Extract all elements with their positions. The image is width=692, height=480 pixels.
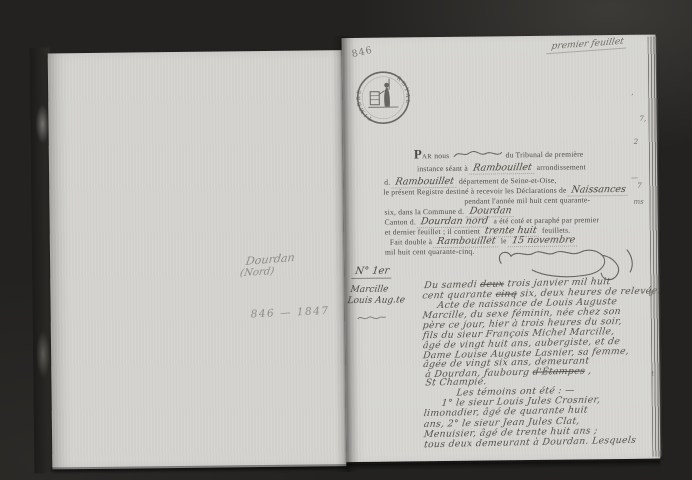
entry-text: , <box>584 365 592 376</box>
form-line: instance séant à Rambouillet arrondissem… <box>417 160 586 175</box>
entry-margin-number: N° 1er <box>351 266 392 277</box>
entry-number-text: N° 1er <box>351 266 393 279</box>
margin-flourish-icon <box>357 314 387 322</box>
edge-mark: 7, <box>639 115 646 123</box>
pencil-place-note-line2: (Nord) <box>239 266 275 279</box>
form-print-text: mil huit cent quarante-cinq. <box>385 247 475 257</box>
pencil-years-note: 846 — 1847 <box>250 305 329 321</box>
right-page: 846 premier feuillet TIMBRE ROYAL <box>342 35 661 463</box>
form-print-text: arrondissement <box>534 162 585 172</box>
form-print-text: instance séant à <box>417 164 470 174</box>
strikethrough-text: d'Étampes <box>532 366 586 378</box>
handwritten-name-scrawl <box>451 148 503 160</box>
stamp-figure-icon <box>368 78 398 107</box>
royal-stamp: TIMBRE ROYAL <box>355 69 412 126</box>
form-line: mil huit cent quarante-cinq. <box>385 245 475 258</box>
edge-mark: ’ <box>631 93 633 101</box>
form-fill-handwriting: Rambouillet <box>469 163 535 175</box>
edge-mark: 7 <box>637 182 642 190</box>
form-print-text: du Tribunal de première <box>503 150 583 160</box>
edge-mark: ms <box>633 198 643 206</box>
edge-mark: — <box>631 174 638 182</box>
scanned-register-photo: { "left_page": { "pencil_place_line1": "… <box>0 0 692 480</box>
open-register-book: Dourdan (Nord) 846 — 1847 846 premier fe… <box>42 32 667 475</box>
form-print-text: P <box>414 146 422 161</box>
left-page: Dourdan (Nord) 846 — 1847 <box>48 50 347 469</box>
form-print-text: nous <box>432 151 451 160</box>
form-print-text: AR <box>422 153 432 160</box>
edge-mark: 2 <box>634 138 639 146</box>
entry-margin-name-line1: Marcille <box>350 285 389 295</box>
header-note-handwritten: premier feuillet <box>546 36 628 54</box>
entry-margin-name-line2: Louis Aug.te <box>347 295 406 306</box>
corner-folio-number: 846 <box>351 45 374 60</box>
